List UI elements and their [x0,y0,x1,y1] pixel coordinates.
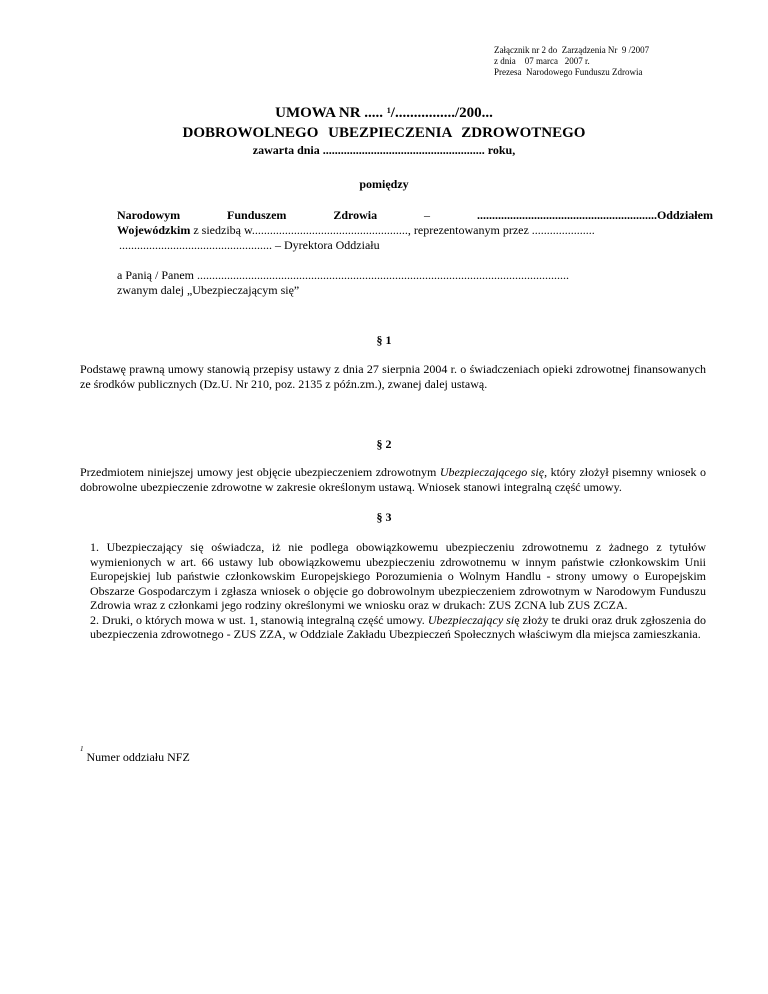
party-nfz-line: Narodowym Funduszem Zdrowia – ..........… [117,208,713,223]
party-insured-alias: zwanym dalej „Ubezpieczającym się” [117,283,713,298]
attachment-note-line: z dnia 07 marca 2007 r. [494,56,649,67]
contract-date-line: zawarta dnia ...........................… [0,143,768,158]
section-3-text: 1. Ubezpieczający się oświadcza, iż nie … [90,540,706,642]
footnote-reference: 1 [387,106,391,115]
party-insured-line: a Panią / Panem ........................… [117,268,713,283]
attachment-note-line: Załącznik nr 2 do Zarządzenia Nr 9 /2007 [494,45,649,56]
section-1-text: Podstawę prawną umowy stanowią przepisy … [80,362,706,391]
footnote: 1Numer oddziału NFZ [80,750,190,765]
section-2-heading: § 2 [0,437,768,452]
section-3-heading: § 3 [0,510,768,525]
footnote-text: Numer oddziału NFZ [87,750,190,764]
contract-title: UMOWA NR ..... 1/................/200... [0,104,768,124]
footnote-marker: 1 [80,745,84,753]
section-3-point-1: 1. Ubezpieczający się oświadcza, iż nie … [90,540,706,613]
attachment-note-line: Prezesa Narodowego Funduszu Zdrowia [494,67,649,78]
between-label: pomiędzy [0,177,768,192]
attachment-note: Załącznik nr 2 do Zarządzenia Nr 9 /2007… [494,45,649,78]
section-2-text: Przedmiotem niniejszej umowy jest objęci… [80,465,706,494]
section-3-point-2: 2. Druki, o których mowa w ust. 1, stano… [90,613,706,642]
section-1-heading: § 1 [0,333,768,348]
party-director-line: ........................................… [119,238,715,253]
party-nfz-seat-line: Wojewódzkim z siedzibą w................… [117,223,713,238]
contract-subtitle: DOBROWOLNEGO UBEZPIECZENIA ZDROWOTNEGO [0,124,768,142]
